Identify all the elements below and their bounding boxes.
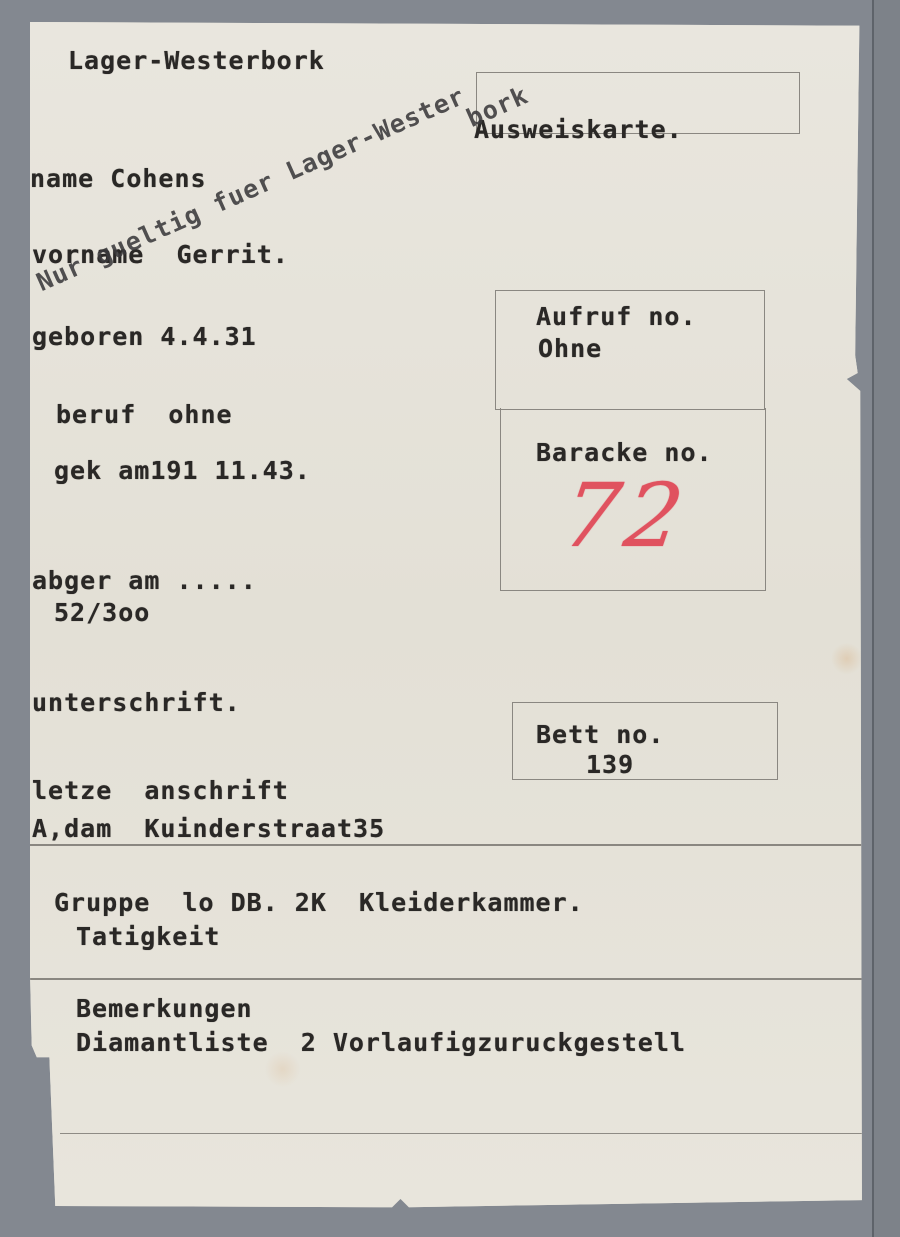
field-bemerkungen-label: Bemerkungen [76,996,253,1021]
field-abgereist: abger am ..... [32,568,257,593]
field-beruf-label: beruf [56,400,136,429]
field-gruppe: Gruppe lo DB. 2K Kleiderkammer. [54,890,584,915]
field-gruppe-label: Gruppe [54,888,150,917]
ruled-line [60,1133,868,1134]
ruled-line [30,844,868,846]
field-geboren: geboren 4.4.31 [32,324,257,349]
baracke-value: 72 [558,472,694,560]
field-letzte-anschrift-value: A,dam Kuinderstraat35 [32,816,385,841]
field-abgereist-label: abger am [32,566,160,595]
field-beruf: beruf ohne [56,402,233,427]
field-letzte-anschrift-label: letze anschrift [32,778,289,803]
field-name-label: name [30,164,94,193]
identity-card: Lager-Westerbork Ausweiskarte. name Cohe… [30,22,872,1212]
bett-value: 139 [586,752,634,777]
card-title: Ausweiskarte. [474,117,683,142]
reference-number: 52/3oo [54,600,150,625]
scanner-background-edge [872,0,900,1237]
field-beruf-value: ohne [168,400,232,429]
field-gruppe-value: lo DB. 2K Kleiderkammer. [182,888,583,917]
field-geboren-value: 4.4.31 [160,322,256,351]
aufruf-label: Aufruf no. [536,304,697,329]
field-gekommen: gek am191 11.43. [54,458,311,483]
bett-label: Bett no. [536,722,664,747]
field-vorname-value: Gerrit. [176,240,288,269]
aufruf-value: Ohne [538,336,602,361]
field-unterschrift: unterschrift. [32,690,241,715]
field-gekommen-label: gek am [54,456,150,485]
field-abgereist-value: ..... [176,566,256,595]
field-bemerkungen-value: Diamantliste 2 Vorlaufigzuruckgestell [76,1030,686,1055]
field-gekommen-value: 191 11.43. [150,456,311,485]
ruled-line [30,978,868,980]
field-geboren-label: geboren [32,322,144,351]
baracke-label: Baracke no. [536,440,713,465]
field-name-value: Cohens [110,164,206,193]
field-name: name Cohens [30,166,207,191]
field-taetigkeit: Tatigkeit [76,924,220,949]
camp-name: Lager-Westerbork [68,48,325,73]
